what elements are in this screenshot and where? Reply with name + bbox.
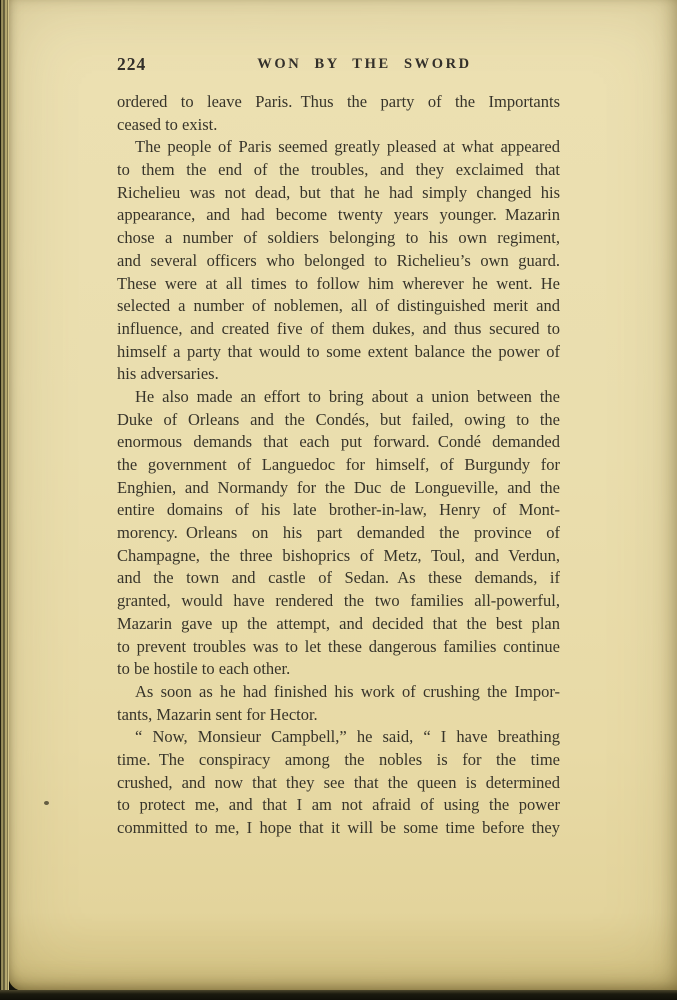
text-line: These were at all times to follow him wh… xyxy=(117,273,560,296)
text-line: Mazarin gave up the attempt, and decided… xyxy=(117,613,560,636)
text-line: his adversaries. xyxy=(117,363,560,386)
ink-speck xyxy=(44,801,49,805)
text-line: He also made an effort to bring about a … xyxy=(117,386,560,409)
text-line: Champagne, the three bishoprics of Metz,… xyxy=(117,545,560,568)
text-line: time. The conspiracy among the nobles is… xyxy=(117,749,560,772)
page-header: 224 WON BY THE SWORD xyxy=(117,54,560,76)
text-line: the government of Languedoc for himself,… xyxy=(117,454,560,477)
text-line: granted, would have rendered the two fam… xyxy=(117,590,560,613)
text-line: Enghien, and Normandy for the Duc de Lon… xyxy=(117,477,560,500)
text-line: Richelieu was not dead, but that he had … xyxy=(117,182,560,205)
text-line: entire domains of his late brother-in-la… xyxy=(117,499,560,522)
text-line: enormous demands that each put forward. … xyxy=(117,431,560,454)
text-line: ordered to leave Paris. Thus the party o… xyxy=(117,91,560,114)
text-line: ceased to exist. xyxy=(117,114,560,137)
text-line: crushed, and now that they see that the … xyxy=(117,772,560,795)
body-text: ordered to leave Paris. Thus the party o… xyxy=(117,91,560,840)
text-line: to them the end of the troubles, and the… xyxy=(117,159,560,182)
text-line: to prevent troubles was to let these dan… xyxy=(117,636,560,659)
book-page-scan: 224 WON BY THE SWORD ordered to leave Pa… xyxy=(0,0,677,1000)
binding-edge xyxy=(0,0,9,1000)
page: 224 WON BY THE SWORD ordered to leave Pa… xyxy=(8,0,677,991)
text-line: appearance, and had become twenty years … xyxy=(117,204,560,227)
text-line: and several officers who belonged to Ric… xyxy=(117,250,560,273)
scan-bottom-edge xyxy=(0,990,677,1000)
text-line: chose a number of soldiers belonging to … xyxy=(117,227,560,250)
text-line: “ Now, Monsieur Campbell,” he said, “ I … xyxy=(117,726,560,749)
running-title: WON BY THE SWORD xyxy=(117,54,560,73)
text-line: influence, and created five of them duke… xyxy=(117,318,560,341)
text-line: and the town and castle of Sedan. As the… xyxy=(117,567,560,590)
text-line: Duke of Orleans and the Condés, but fail… xyxy=(117,409,560,432)
text-line: As soon as he had finished his work of c… xyxy=(117,681,560,704)
text-line: selected a number of noblemen, all of di… xyxy=(117,295,560,318)
text-line: committed to me, I hope that it will be … xyxy=(117,817,560,840)
page-number: 224 xyxy=(117,54,146,75)
text-line: tants, Mazarin sent for Hector. xyxy=(117,704,560,727)
text-line: The people of Paris seemed greatly pleas… xyxy=(117,136,560,159)
text-line: morency. Orleans on his part demanded th… xyxy=(117,522,560,545)
text-line: himself a party that would to some exten… xyxy=(117,341,560,364)
text-line: to protect me, and that I am not afraid … xyxy=(117,794,560,817)
text-line: to be hostile to each other. xyxy=(117,658,560,681)
